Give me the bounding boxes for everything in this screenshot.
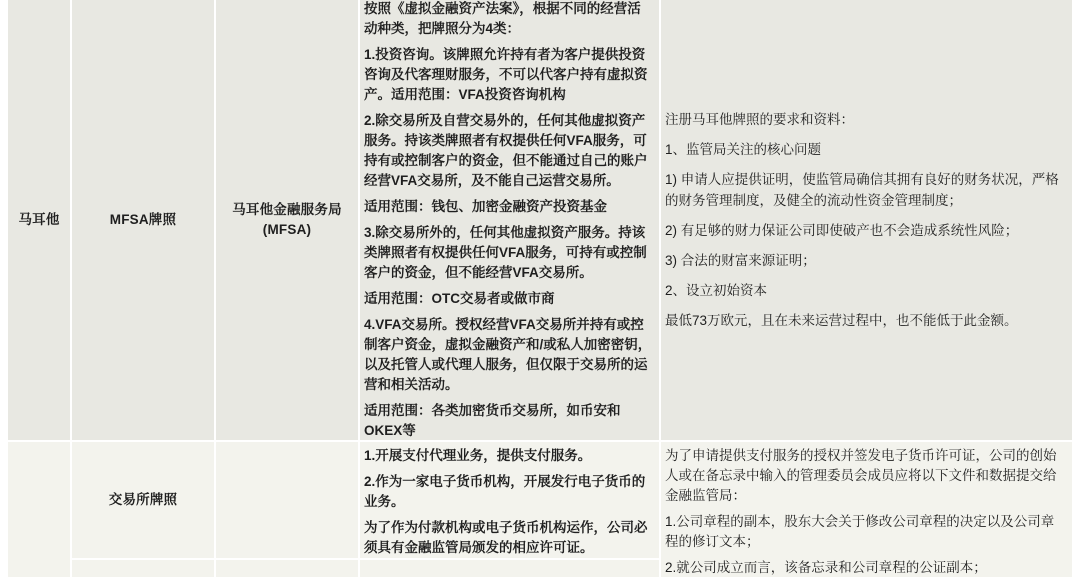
paragraph: 1、监管局关注的核心问题 — [665, 139, 1066, 160]
cell-country-malta: 马耳他 — [8, 0, 70, 440]
license-comparison-table: 马耳他 MFSA牌照 马耳他金融服务局 (MFSA) 按照《虚拟金融资产法案》，… — [8, 0, 1072, 577]
paragraph: 3) 合法的财富来源证明； — [665, 250, 1066, 271]
cell-exchange-business-scope: 1.开展支付代理业务，提供支付服务。2.作为一家电子货币机构，开展发行电子货币的… — [360, 442, 659, 558]
paragraph: 4.VFA交易所。授权经营VFA交易所并持有或控制客户资金，虚拟金融资产和/或私… — [364, 315, 653, 395]
cell-country-empty — [8, 442, 70, 577]
paragraph: 1.公司章程的副本，股东大会关于修改公司章程的决定以及公司章程的修订文本； — [665, 512, 1066, 552]
cell-next-row-license — [72, 560, 214, 577]
paragraph: 2.除交易所及自营交易外的，任何其他虚拟资产服务。持该类牌照者有权提供任何VFA… — [364, 111, 653, 191]
paragraph: 1.投资咨询。该牌照允许持有者为客户提供投资咨询及代客理财服务，不可以代客户持有… — [364, 45, 653, 105]
paragraph: 适用范围：OTC交易者或做市商 — [364, 289, 653, 309]
paragraph: 2、设立初始资本 — [665, 280, 1066, 301]
cell-exchange-requirements: 为了申请提供支付服务的授权并签发电子货币许可证，公司的创始人或在备忘录中输入的管… — [661, 442, 1072, 577]
paragraph: 2) 有足够的财力保证公司即使破产也不会造成系统性风险； — [665, 220, 1066, 241]
paragraph: 为了作为付款机构或电子货币机构运作，公司必须具有金融监管局颁发的相应许可证。 — [364, 518, 653, 558]
paragraph: 适用范围：钱包、加密金融资产投资基金 — [364, 197, 653, 217]
cell-next-row-scope — [360, 560, 659, 577]
paragraph: 按照《虚拟金融资产法案》，根据不同的经营活动种类，把牌照分为4类： — [364, 0, 653, 39]
paragraph: 1) 申请人应提供证明，使监管局确信其拥有良好的财务状况，严格的财务管理制度，及… — [665, 169, 1066, 211]
cell-registration-requirements: 注册马耳他牌照的要求和资料：1、监管局关注的核心问题1) 申请人应提供证明，使监… — [661, 0, 1072, 440]
paragraph: 3.除交易所外的，任何其他虚拟资产服务。持该类牌照者有权提供任何VFA服务，可持… — [364, 223, 653, 283]
paragraph: 2.作为一家电子货币机构，开展发行电子货币的业务。 — [364, 472, 653, 512]
cell-license-categories: 按照《虚拟金融资产法案》，根据不同的经营活动种类，把牌照分为4类：1.投资咨询。… — [360, 0, 659, 440]
cell-license-exchange: 交易所牌照 — [72, 442, 214, 558]
cell-regulator-empty — [216, 442, 358, 558]
cell-regulator-mfsa: 马耳他金融服务局 (MFSA) — [216, 0, 358, 440]
paragraph: 为了申请提供支付服务的授权并签发电子货币许可证，公司的创始人或在备忘录中输入的管… — [665, 446, 1066, 506]
paragraph: 适用范围：各类加密货币交易所，如币安和OKEX等 — [364, 401, 653, 440]
cell-next-row-regulator — [216, 560, 358, 577]
paragraph: 2.就公司成立而言，该备忘录和公司章程的公证副本； — [665, 558, 1066, 577]
paragraph: 注册马耳他牌照的要求和资料： — [665, 109, 1066, 130]
paragraph: 最低73万欧元，且在未来运营过程中，也不能低于此金额。 — [665, 310, 1066, 331]
cell-license-mfsa: MFSA牌照 — [72, 0, 214, 440]
paragraph: 1.开展支付代理业务，提供支付服务。 — [364, 446, 653, 466]
